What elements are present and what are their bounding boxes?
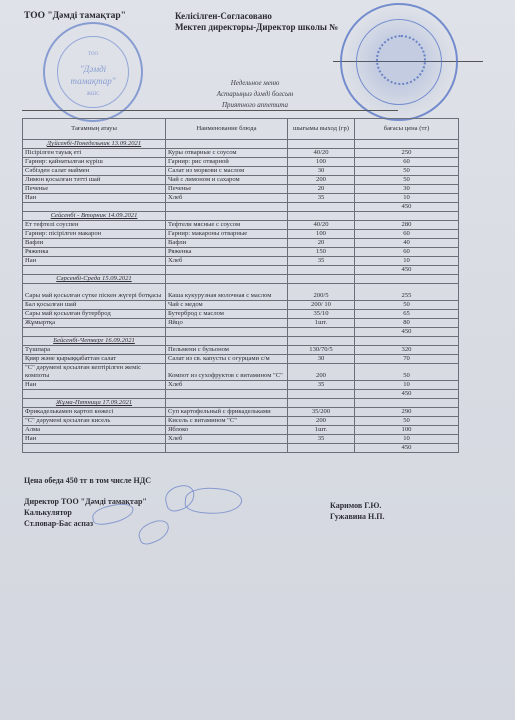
dish-ru: Гарнир: рис отварной [166, 158, 288, 167]
dish-kz: Қияр және қырыққабаттан салат [23, 355, 166, 364]
dish-kz: "С" дәрумені қосылған кептірілген жеміс … [23, 364, 166, 381]
dish-kz: Фрикаделькамен картоп көжесі [23, 408, 166, 417]
dish-ru: Печенье [166, 185, 288, 194]
day-header-row: Сейсенбі - Вторник 14.09.2021 [23, 212, 459, 221]
day-label: Бейсенбі-Четверг 16.09.2021 [23, 337, 166, 346]
dish-ru: Салат из св. капусты с огурцами с/м [166, 355, 288, 364]
total-row: 450 [23, 203, 459, 212]
price: 40 [355, 239, 459, 248]
weekly-menu-table: Тағамның атауыНаименование блюдашығымы в… [22, 118, 459, 453]
dish-kz: Нан [23, 381, 166, 390]
price: 50 [355, 364, 459, 381]
price: 65 [355, 310, 459, 319]
day-total: 450 [355, 444, 459, 453]
name-director: Каримов Г.Ю. [330, 500, 384, 511]
table-header: Тағамның атауыНаименование блюдашығымы в… [23, 119, 459, 140]
total-row: 450 [23, 328, 459, 337]
lunch-price-note: Цена обеда 450 тг в том числе НДС [24, 476, 151, 485]
yield: 200/5 [288, 284, 355, 301]
price: 10 [355, 381, 459, 390]
table-row: Сары май қосылған бутербродБутерброд с м… [23, 310, 459, 319]
day-total: 450 [355, 328, 459, 337]
yield: 35 [288, 194, 355, 203]
yield: 20 [288, 185, 355, 194]
dish-ru: Пельмени с бульоном [166, 346, 288, 355]
price: 50 [355, 167, 459, 176]
yield: 35 [288, 435, 355, 444]
col-dish-kz: Тағамның атауы [23, 119, 166, 140]
day-header-row: Жұма-Пятница 17.09.2021 [23, 399, 459, 408]
total-row: 450 [23, 266, 459, 275]
dish-ru: Компот из сухофруктов с витамином "С" [166, 364, 288, 381]
dish-kz: Ет тефтелі соуспен [23, 221, 166, 230]
table-row: ТүшпараПельмени с бульоном130/70/5320 [23, 346, 459, 355]
day-total: 450 [355, 203, 459, 212]
signatory-chef: Ст.повар-Бас аспаз [24, 518, 147, 529]
table-row: Гарнир: қайнатылған күрішГарнир: рис отв… [23, 158, 459, 167]
day-header-row: Сәрсенбі-Среда 15.09.2021 [23, 275, 459, 284]
dish-kz: Гарнир: қайнатылған күріш [23, 158, 166, 167]
price: 290 [355, 408, 459, 417]
dish-kz: Бал қосылған шай [23, 301, 166, 310]
yield: 30 [288, 355, 355, 364]
day-header-row: Бейсенбі-Четверг 16.09.2021 [23, 337, 459, 346]
yield: 35 [288, 381, 355, 390]
state-emblem-icon [376, 35, 426, 85]
price: 320 [355, 346, 459, 355]
dish-kz: Нан [23, 257, 166, 266]
divider [22, 110, 398, 111]
name-calculator: Гужавина Н.П. [330, 511, 384, 522]
yield: 40/20 [288, 149, 355, 158]
yield: 30 [288, 167, 355, 176]
table-row: Қияр және қырыққабаттан салатСалат из св… [23, 355, 459, 364]
dish-kz: Нан [23, 435, 166, 444]
table-row: НанХлеб3510 [23, 194, 459, 203]
table-row: Ет тефтелі соуспенТефтели мясные с соусо… [23, 221, 459, 230]
company-name: ТОО "Дәмді тамақтар" [24, 11, 126, 21]
dish-ru: Хлеб [166, 435, 288, 444]
col-dish-ru: Наименование блюда [166, 119, 288, 140]
table-row: АлмаЯблоко1шт.100 [23, 426, 459, 435]
yield: 1шт. [288, 426, 355, 435]
signatory-names: Каримов Г.Ю. Гужавина Н.П. [330, 500, 384, 522]
yield: 35/10 [288, 310, 355, 319]
dish-ru: Вафли [166, 239, 288, 248]
yield: 20 [288, 239, 355, 248]
yield: 35 [288, 257, 355, 266]
table-row: ВафлиВафли2040 [23, 239, 459, 248]
dish-kz: Сары май қосылған сүтке піскен жүгері бо… [23, 284, 166, 301]
dish-ru: Куры отварные с соусом [166, 149, 288, 158]
dish-ru: Салат из моркови с маслом [166, 167, 288, 176]
yield: 1шт. [288, 319, 355, 328]
dish-ru: Бутерброд с маслом [166, 310, 288, 319]
table-row: Гарнир: пісірілген макаронГарнир: макаро… [23, 230, 459, 239]
signature-icon [184, 486, 243, 517]
dish-kz: "С" дәрумені қосылған кисель [23, 417, 166, 426]
dish-ru: Каша кукурузная молочная с маслом [166, 284, 288, 301]
price: 50 [355, 417, 459, 426]
dish-kz: Алма [23, 426, 166, 435]
dish-ru: Хлеб [166, 257, 288, 266]
yield: 200 [288, 176, 355, 185]
dish-kz: Ряженка [23, 248, 166, 257]
price: 10 [355, 194, 459, 203]
table-row: Бал қосылған шайЧай с медом200/ 1050 [23, 301, 459, 310]
document-page: ТОО "Дәмді тамақтар" Келісілген-Согласов… [0, 0, 515, 720]
price: 50 [355, 176, 459, 185]
dish-kz: Сәбізден салат маймен [23, 167, 166, 176]
table-row: НанХлеб3510 [23, 257, 459, 266]
dish-kz: Сары май қосылған бутерброд [23, 310, 166, 319]
day-total: 450 [355, 266, 459, 275]
day-label: Сәрсенбі-Среда 15.09.2021 [23, 275, 166, 284]
table-row: Пісірілген тауық етіКуры отварные с соус… [23, 149, 459, 158]
table-row: РяженкаРяженка15060 [23, 248, 459, 257]
day-total: 450 [355, 390, 459, 399]
table-row: НанХлеб3510 [23, 435, 459, 444]
price: 280 [355, 221, 459, 230]
price: 70 [355, 355, 459, 364]
dish-ru: Хлеб [166, 381, 288, 390]
day-header-row: Дүйсенбі-Понедельник 13.09.2021 [23, 140, 459, 149]
table-row: "С" дәрумені қосылған кептірілген жеміс … [23, 364, 459, 381]
price: 30 [355, 185, 459, 194]
price: 60 [355, 158, 459, 167]
yield: 200/ 10 [288, 301, 355, 310]
yield: 40/20 [288, 221, 355, 230]
dish-ru: Кисель с витамином "С" [166, 417, 288, 426]
price: 60 [355, 230, 459, 239]
dish-ru: Тефтели мясные с соусом [166, 221, 288, 230]
dish-kz: Пісірілген тауық еті [23, 149, 166, 158]
dish-ru: Ряженка [166, 248, 288, 257]
price: 80 [355, 319, 459, 328]
price: 255 [355, 284, 459, 301]
company-stamp-icon: ТОО "Дәмді тамақтар" ЖШС [43, 22, 143, 122]
dish-kz: Нан [23, 194, 166, 203]
price: 250 [355, 149, 459, 158]
table-row: Фрикаделькамен картоп көжесіСуп картофел… [23, 408, 459, 417]
col-price: бағасы цена (тг) [355, 119, 459, 140]
yield: 100 [288, 158, 355, 167]
yield: 130/70/5 [288, 346, 355, 355]
col-yield: шығымы выход (гр) [288, 119, 355, 140]
dish-kz: Печенье [23, 185, 166, 194]
dish-kz: Лимон қосылған тәтті шай [23, 176, 166, 185]
total-row: 450 [23, 444, 459, 453]
day-label: Сейсенбі - Вторник 14.09.2021 [23, 212, 166, 221]
dish-ru: Яйцо [166, 319, 288, 328]
dish-ru: Гарнир: макароны отварные [166, 230, 288, 239]
price: 50 [355, 301, 459, 310]
school-stamp-icon [340, 3, 458, 121]
table-row: ПеченьеПеченье2030 [23, 185, 459, 194]
dish-ru: Чай с лимоном и сахаром [166, 176, 288, 185]
price: 60 [355, 248, 459, 257]
table-row: Сары май қосылған сүтке піскен жүгері бо… [23, 284, 459, 301]
yield: 200 [288, 417, 355, 426]
dish-kz: Түшпара [23, 346, 166, 355]
yield: 35/200 [288, 408, 355, 417]
dish-ru: Яблоко [166, 426, 288, 435]
dish-ru: Чай с медом [166, 301, 288, 310]
yield: 100 [288, 230, 355, 239]
dish-ru: Суп картофельный с фрикадельками [166, 408, 288, 417]
dish-kz: Вафли [23, 239, 166, 248]
approval-block: Келісілген-Согласовано Мектеп директоры-… [175, 11, 338, 33]
dish-ru: Хлеб [166, 194, 288, 203]
yield: 200 [288, 364, 355, 381]
table-row: ЖұмыртқаЯйцо1шт.80 [23, 319, 459, 328]
dish-kz: Жұмыртқа [23, 319, 166, 328]
price: 10 [355, 435, 459, 444]
price: 10 [355, 257, 459, 266]
day-label: Дүйсенбі-Понедельник 13.09.2021 [23, 140, 166, 149]
table-row: "С" дәрумені қосылған кисельКисель с вит… [23, 417, 459, 426]
table-row: НанХлеб3510 [23, 381, 459, 390]
yield: 150 [288, 248, 355, 257]
table-row: Сәбізден салат майменСалат из моркови с … [23, 167, 459, 176]
day-label: Жұма-Пятница 17.09.2021 [23, 399, 166, 408]
agreed-label: Келісілген-Согласовано [175, 11, 338, 22]
dish-kz: Гарнир: пісірілген макарон [23, 230, 166, 239]
approver-label: Мектеп директоры-Директор школы № [175, 22, 338, 33]
menu-subtitle: Недельное меню Астарыңыз дәмді болсын Пр… [185, 78, 325, 111]
total-row: 450 [23, 390, 459, 399]
table-row: Лимон қосылған тәтті шайЧай с лимоном и … [23, 176, 459, 185]
price: 100 [355, 426, 459, 435]
